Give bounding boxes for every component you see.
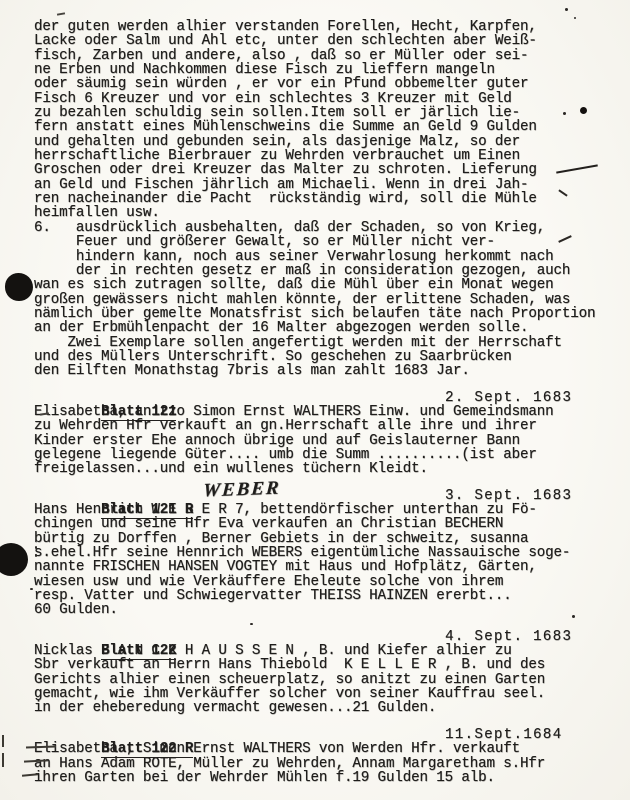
entry-date: 4. Sept. 1683 [445, 630, 572, 644]
clause-6-damage-reservation: 6. ausdrücklich ausbehalten, daß der Sch… [34, 221, 595, 336]
closing-statement-saarbruecken: Zwei Exemplare sollen angefertigt werden… [34, 336, 595, 379]
margin-dot-3 [30, 588, 33, 590]
entry-header: Blatt 121 R WEBER 3. Sept. 1683 [34, 489, 595, 503]
scanned-document-page: der guten werden alhier verstanden Forel… [0, 0, 630, 800]
punch-hole-top [5, 273, 33, 301]
handwritten-annotation: WEBER [203, 481, 282, 498]
entry-header: Blatt 122 4. Sept. 1683 [34, 630, 595, 644]
edge-mark-vertical-1 [2, 735, 4, 747]
header-speck-blatt122 [250, 623, 253, 625]
register-entry: Blatt 122 4. Sept. 1683 Nicklas F A N C … [34, 630, 595, 716]
edge-mark-vertical-2 [2, 753, 4, 767]
register-entry: Blatt 121 2. Sept. 1683 Elisabetha, anit… [34, 391, 595, 477]
ink-speck-top-right-2 [574, 17, 576, 19]
margin-dot-1 [35, 546, 37, 549]
register-entry: Blatt 122 R 11.Sept.1684 Elisabetha , Si… [34, 728, 595, 785]
ink-blob-right-margin [580, 107, 587, 114]
date-speck-blatt122 [572, 615, 575, 618]
entry-header: Blatt 122 R 11.Sept.1684 [34, 728, 595, 742]
document-text-column: der guten werden alhier verstanden Forel… [34, 20, 595, 785]
entries: Blatt 121 2. Sept. 1683 Elisabetha, anit… [34, 391, 595, 786]
margin-dot-2 [35, 554, 37, 557]
entry-date: 3. Sept. 1683 [445, 489, 572, 503]
register-entry: Blatt 121 R WEBER 3. Sept. 1683 Hans Hen… [34, 489, 595, 618]
blatt-heading: Blatt 121 R [101, 502, 193, 519]
ink-speck-right-mid [563, 112, 566, 115]
blatt-heading: Blatt 122 [101, 643, 176, 660]
blatt-heading: Blatt 122 R [101, 741, 193, 758]
entry-header: Blatt 121 2. Sept. 1683 [34, 391, 595, 405]
punch-hole-bottom [0, 543, 28, 576]
entry-date: 2. Sept. 1683 [445, 391, 572, 405]
pencil-dash-top-left [57, 12, 65, 15]
entry-date: 11.Sept.1684 [445, 728, 562, 742]
paragraph-fish-delivery: der guten werden alhier verstanden Forel… [34, 20, 595, 221]
entry-text: Hans Hennrich W E B E R 7, bettendörfisc… [34, 503, 595, 618]
ink-speck-top-right-1 [565, 8, 568, 11]
blatt-heading: Blatt 121 [101, 404, 176, 421]
